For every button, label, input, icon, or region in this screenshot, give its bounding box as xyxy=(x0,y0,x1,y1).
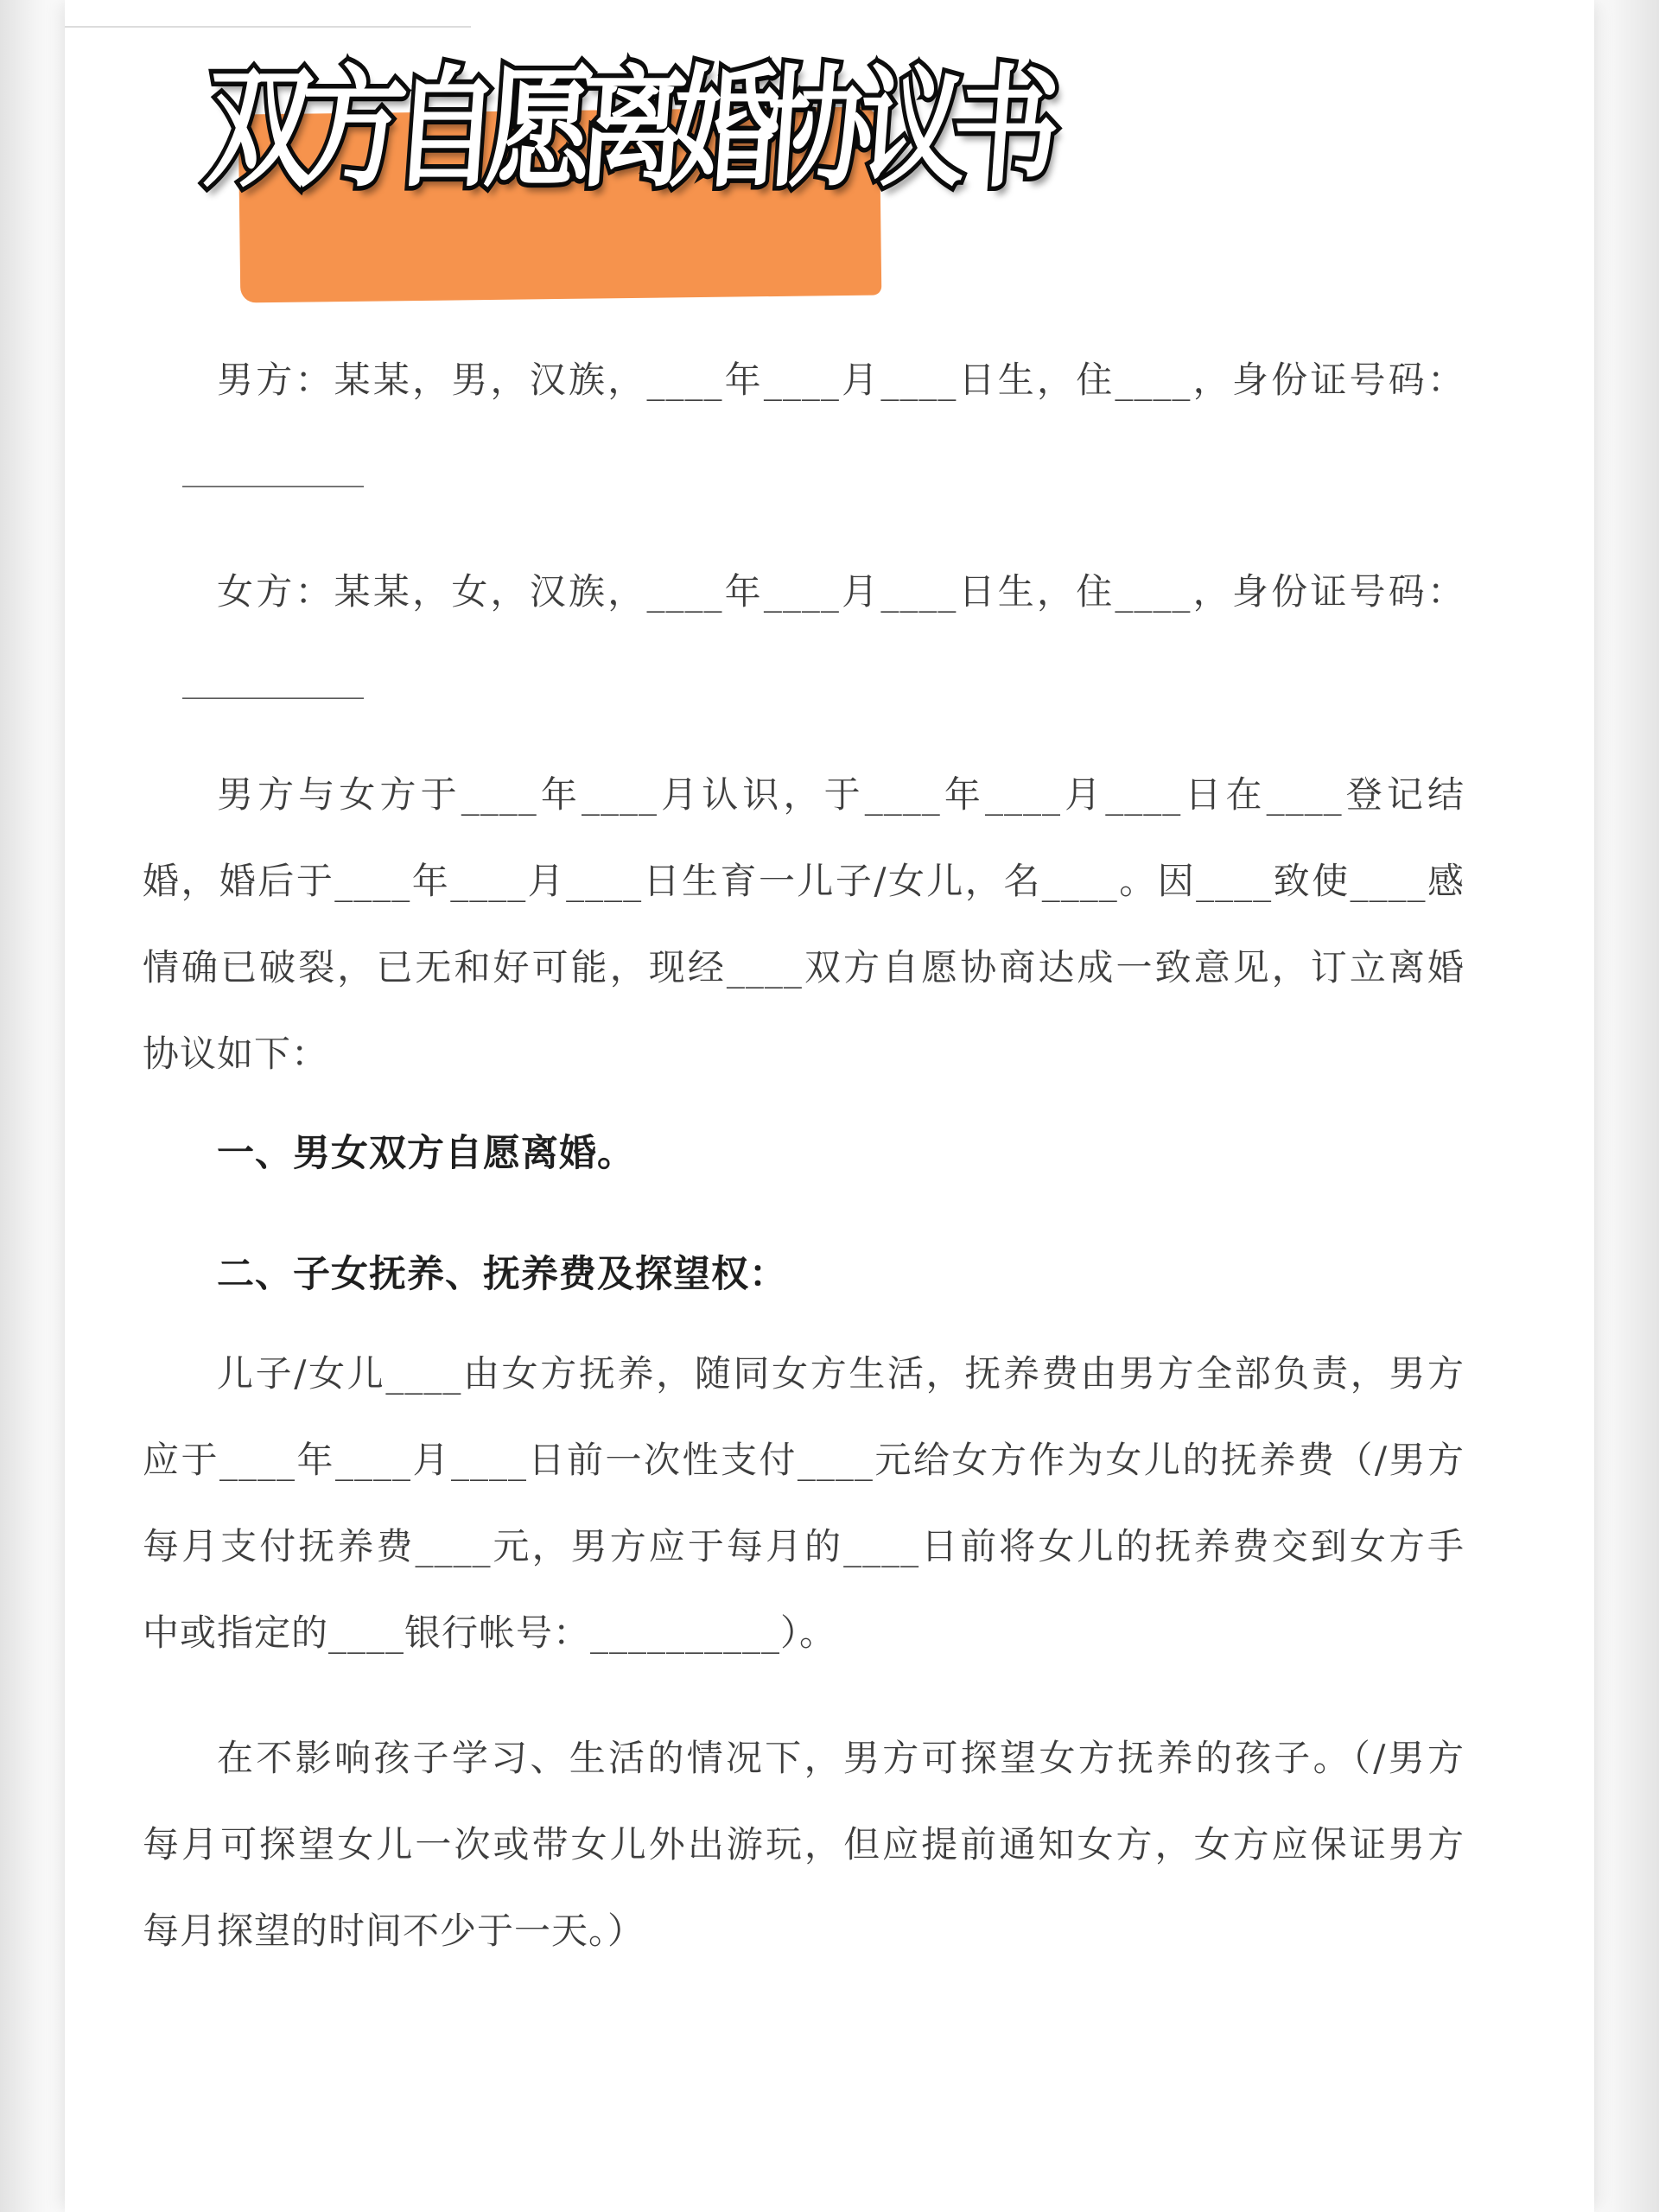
clause-2-heading: 二、子女抚养、抚养费及探望权： xyxy=(143,1231,1465,1318)
visitation-line-2: 每月可探望女儿一次或带女儿外出游玩，但应提前通知女方，女方应保证男方 xyxy=(143,1802,1465,1888)
party-male-id-blank: __________ xyxy=(143,423,1465,510)
party-female-line: 女方：某某，女，汉族，____年____月____日生，住____，身份证号码： xyxy=(143,549,1465,635)
custody-line-1: 儿子/女儿____由女方抚养，随同女方生活，抚养费由男方全部负责，男方 xyxy=(143,1331,1465,1417)
intro-line-2: 婚，婚后于____年____月____日生育一儿子/女儿，名____。因____… xyxy=(143,838,1465,925)
custody-line-4: 中或指定的____银行帐号：__________）。 xyxy=(143,1590,1465,1676)
custody-paragraph: 儿子/女儿____由女方抚养，随同女方生活，抚养费由男方全部负责，男方 应于__… xyxy=(143,1331,1465,1676)
party-female-paragraph: 女方：某某，女，汉族，____年____月____日生，住____，身份证号码：… xyxy=(143,549,1465,721)
custody-line-2: 应于____年____月____日前一次性支付____元给女方作为女儿的抚养费（… xyxy=(143,1417,1465,1503)
document-page: 双方自愿离婚协议书 男方：某某，男，汉族，____年____月____日生，住_… xyxy=(65,0,1594,2212)
intro-line-4: 协议如下： xyxy=(143,1011,1465,1097)
visitation-paragraph: 在不影响孩子学习、生活的情况下，男方可探望女方抚养的孩子。（/男方 每月可探望女… xyxy=(143,1715,1465,1974)
document-title: 双方自愿离婚协议书 xyxy=(200,24,1053,212)
party-male-paragraph: 男方：某某，男，汉族，____年____月____日生，住____，身份证号码：… xyxy=(143,337,1465,510)
intro-paragraph: 男方与女方于____年____月认识，于____年____月____日在____… xyxy=(143,752,1465,1097)
custody-line-3: 每月支付抚养费____元，男方应于每月的____日前将女儿的抚养费交到女方手 xyxy=(143,1503,1465,1590)
clause-1-heading: 一、男女双方自愿离婚。 xyxy=(143,1110,1465,1197)
party-male-line: 男方：某某，男，汉族，____年____月____日生，住____，身份证号码： xyxy=(143,337,1465,423)
party-female-id-blank: __________ xyxy=(143,635,1465,721)
intro-line-1: 男方与女方于____年____月认识，于____年____月____日在____… xyxy=(143,752,1465,838)
title-block: 双方自愿离婚协议书 xyxy=(143,0,1465,307)
intro-line-3: 情确已破裂，已无和好可能，现经____双方自愿协商达成一致意见，订立离婚 xyxy=(143,925,1465,1011)
visitation-line-1: 在不影响孩子学习、生活的情况下，男方可探望女方抚养的孩子。（/男方 xyxy=(143,1715,1465,1802)
visitation-line-3: 每月探望的时间不少于一天。） xyxy=(143,1888,1465,1974)
